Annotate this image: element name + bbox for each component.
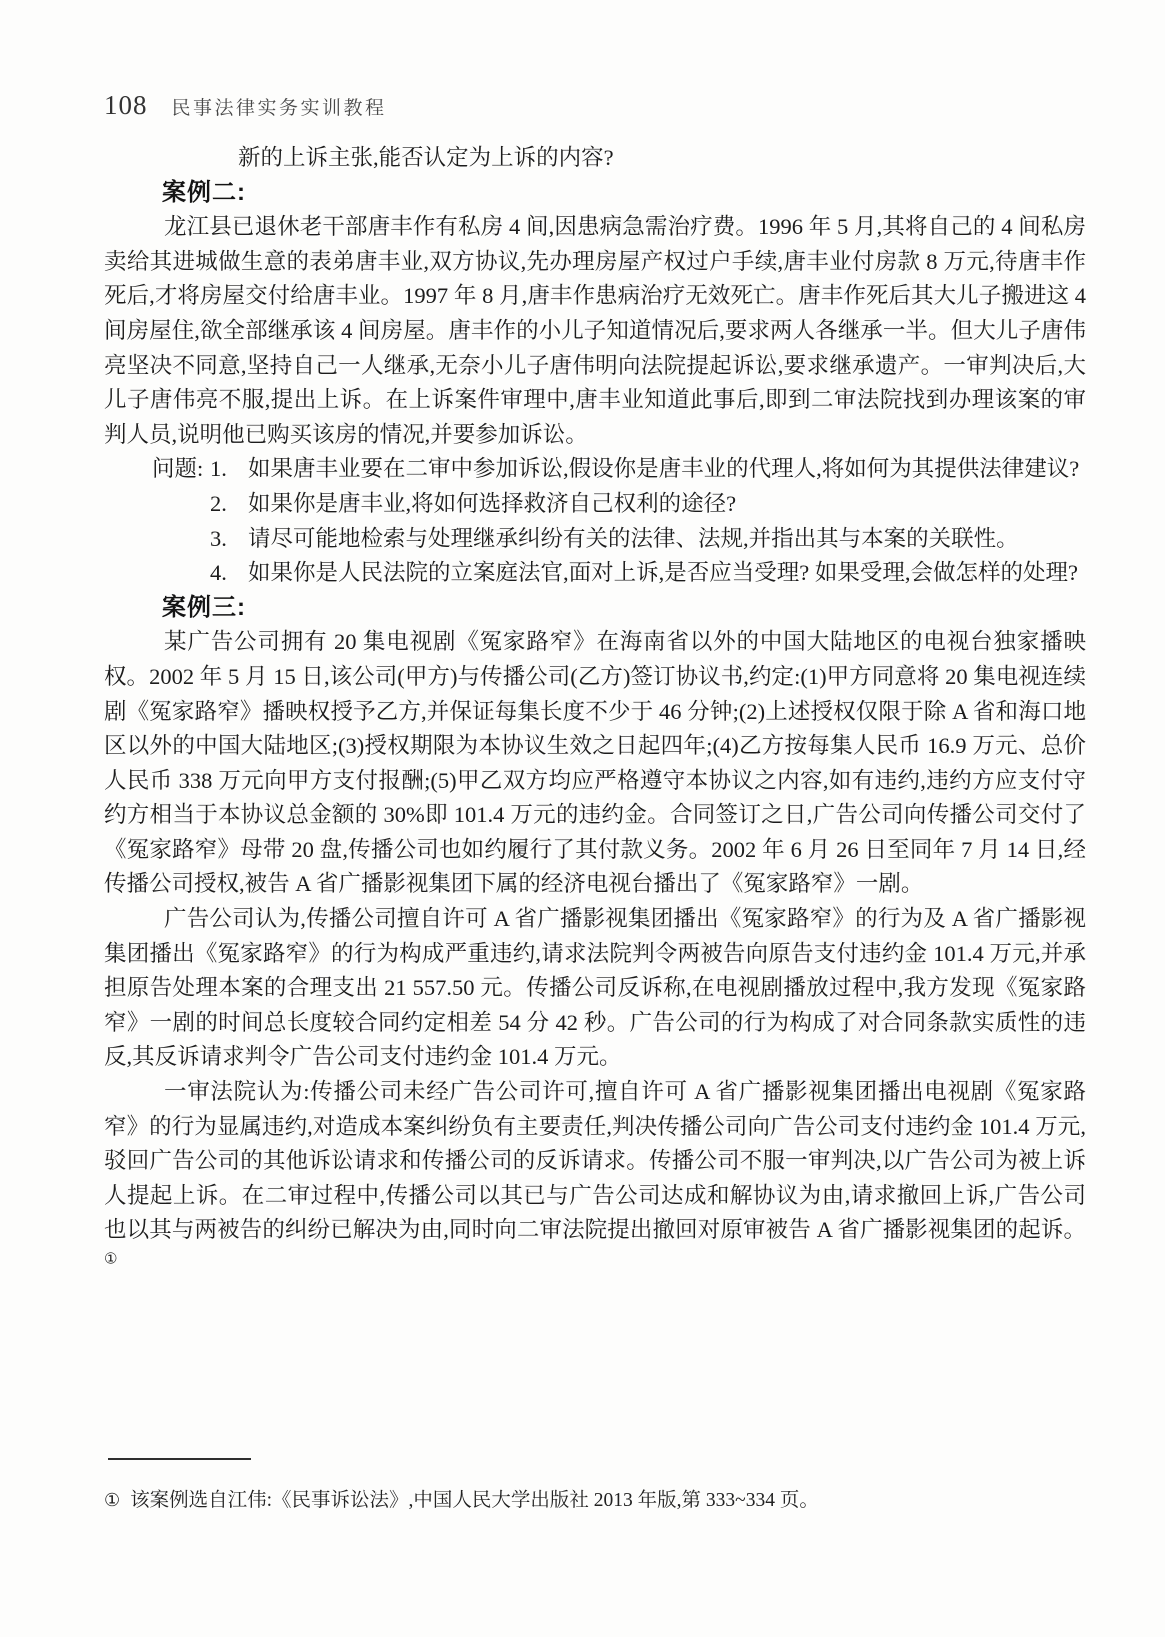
page-body: 新的上诉主张,能否认定为上诉的内容? 案例二: 龙江县已退休老干部唐丰作有私房 … <box>104 141 1086 1283</box>
case3-paragraph-3: 一审法院认为:传播公司未经广告公司许可,擅自许可 A 省广播影视集团播出电视剧《… <box>104 1075 1086 1283</box>
footnote-reference-mark: ① <box>104 1250 117 1268</box>
case2-questions: 问题: 1. 如果唐丰业要在二审中参加诉讼,假设你是唐丰业的代理人,将如何为其提… <box>104 452 1086 590</box>
page-header: 108 民事法律实务实训教程 <box>104 90 387 121</box>
case3-paragraph-3-text: 一审法院认为:传播公司未经广告公司许可,擅自许可 A 省广播影视集团播出电视剧《… <box>104 1079 1086 1242</box>
footnote-area: ①该案例选自江伟:《民事诉讼法》,中国人民大学出版社 2013 年版,第 333… <box>104 1458 1086 1516</box>
question-number: 3. <box>210 522 248 557</box>
question-text: 请尽可能地检索与处理继承纠纷有关的法律、法规,并指出其与本案的关联性。 <box>248 522 1086 557</box>
footnote-divider <box>108 1458 251 1460</box>
question-item: 2. 如果你是唐丰业,将如何选择救济自己权利的途径? <box>104 487 1086 522</box>
footnote-text-line: ①该案例选自江伟:《民事诉讼法》,中国人民大学出版社 2013 年版,第 333… <box>104 1486 1086 1516</box>
page-number: 108 <box>104 90 148 121</box>
footnote-text: 该案例选自江伟:《民事诉讼法》,中国人民大学出版社 2013 年版,第 333~… <box>130 1490 819 1511</box>
case2-paragraph: 龙江县已退休老干部唐丰作有私房 4 间,因患病急需治疗费。1996 年 5 月,… <box>104 210 1086 452</box>
question-item: 3. 请尽可能地检索与处理继承纠纷有关的法律、法规,并指出其与本案的关联性。 <box>104 522 1086 557</box>
questions-label: 问题: <box>152 452 210 487</box>
footnote-marker: ① <box>104 1490 120 1511</box>
case3-heading: 案例三: <box>104 591 1086 626</box>
questions-label-spacer <box>152 556 210 591</box>
question-number: 1. <box>210 452 248 487</box>
case3-paragraph-2: 广告公司认为,传播公司擅自许可 A 省广播影视集团播出《冤家路窄》的行为及 A … <box>104 902 1086 1075</box>
questions-label-spacer <box>152 522 210 557</box>
question-text: 如果你是人民法院的立案庭法官,面对上诉,是否应当受理? 如果受理,会做怎样的处理… <box>248 556 1086 591</box>
case3-paragraph-1: 某广告公司拥有 20 集电视剧《冤家路窄》在海南省以外的中国大陆地区的电视台独家… <box>104 625 1086 902</box>
question-item: 4. 如果你是人民法院的立案庭法官,面对上诉,是否应当受理? 如果受理,会做怎样… <box>104 556 1086 591</box>
question-text: 如果唐丰业要在二审中参加诉讼,假设你是唐丰业的代理人,将如何为其提供法律建议? <box>248 452 1086 487</box>
book-page: 108 民事法律实务实训教程 新的上诉主张,能否认定为上诉的内容? 案例二: 龙… <box>0 0 1165 1637</box>
question-number: 2. <box>210 487 248 522</box>
question-number: 4. <box>210 556 248 591</box>
book-title: 民事法律实务实训教程 <box>172 93 387 120</box>
question-item: 问题: 1. 如果唐丰业要在二审中参加诉讼,假设你是唐丰业的代理人,将如何为其提… <box>104 452 1086 487</box>
questions-label-spacer <box>152 487 210 522</box>
case2-heading: 案例二: <box>104 176 1086 211</box>
carryover-question-line: 新的上诉主张,能否认定为上诉的内容? <box>238 141 1086 176</box>
question-text: 如果你是唐丰业,将如何选择救济自己权利的途径? <box>248 487 1086 522</box>
